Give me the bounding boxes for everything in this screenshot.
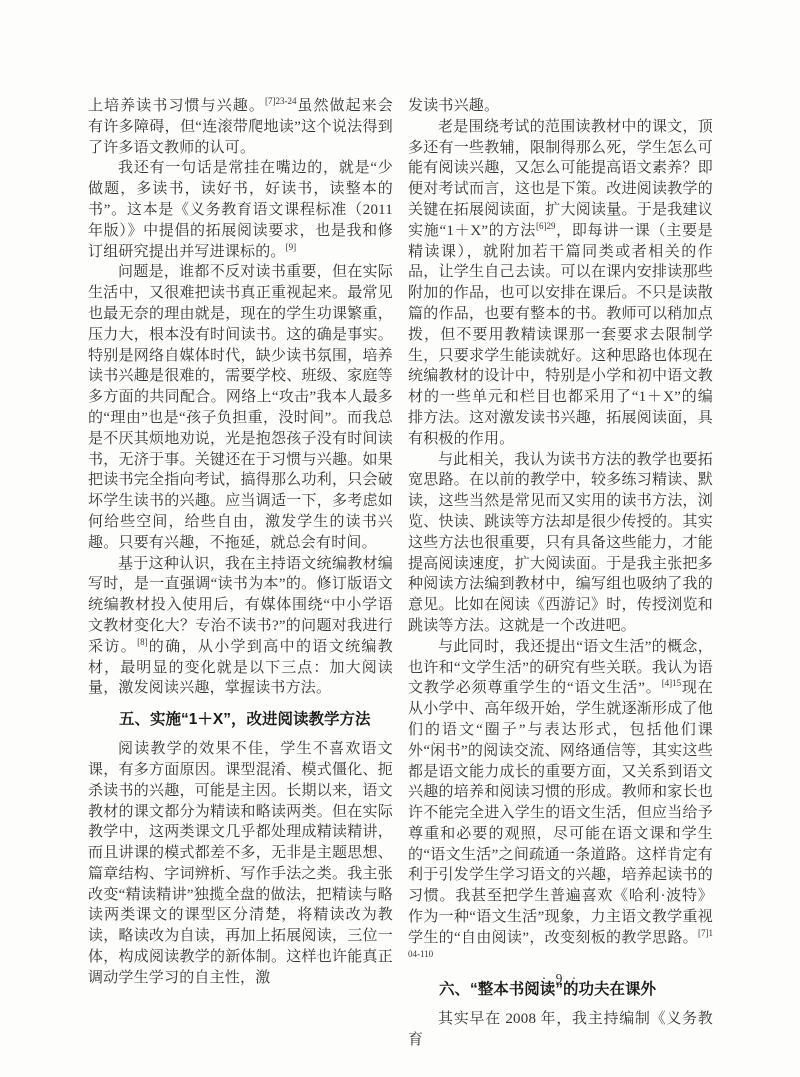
document-page: 上培养读书习惯与兴趣。[7]23-24虽然做起来会有许多障碍，但“连滚带爬地读”…: [0, 0, 800, 1077]
paragraph: 基于这种认识，我在主持语文统编教材编写时，是一直强调“读书为本”的。修订版语文统…: [88, 554, 393, 700]
citation-superscript: [7]104-110: [408, 928, 713, 959]
paragraph: 其实早在 2008 年，我主持编制《义务教育: [408, 1009, 713, 1051]
right-column: 发读书兴趣。老是围绕考试的范围读教材中的课文，顶多还有一些教辅，限制得那么死，学…: [408, 96, 713, 1051]
citation-superscript: [7]23-24: [265, 96, 297, 106]
paragraph: 上培养读书习惯与兴趣。[7]23-24虽然做起来会有许多障碍，但“连滚带爬地读”…: [88, 96, 393, 158]
paragraph: 发读书兴趣。: [408, 96, 713, 117]
two-column-text-area: 上培养读书习惯与兴趣。[7]23-24虽然做起来会有许多障碍，但“连滚带爬地读”…: [88, 96, 713, 1051]
paragraph: 老是围绕考试的范围读教材中的课文，顶多还有一些教辅，限制得那么死，学生怎么可能有…: [408, 117, 713, 450]
citation-superscript: [8]: [137, 637, 148, 647]
paragraph: 与此相关，我认为读书方法的教学也要拓宽思路。在以前的教学中，较多练习精读、默读，…: [408, 450, 713, 637]
citation-superscript: [9]: [286, 242, 297, 252]
paragraph: 阅读教学的效果不佳，学生不喜欢语文课，有多方面原因。课型混淆、模式僵化、扼杀读书…: [88, 739, 393, 989]
page-number: · 9 ·: [408, 971, 713, 987]
paragraph: 与此同时，我还提出“语文生活”的概念，也许和“文学生活”的研究有些关联。我认为语…: [408, 637, 713, 970]
section-heading: 五、实施“1＋X”，改进阅读教学方法: [88, 709, 393, 730]
paragraph: 问题是，谁都不反对读书重要，但在实际生活中，又很难把读书真正重视起来。最常见也最…: [88, 262, 393, 553]
left-column: 上培养读书习惯与兴趣。[7]23-24虽然做起来会有许多障碍，但“连滚带爬地读”…: [88, 96, 393, 1051]
paragraph: 我还有一句话是常挂在嘴边的，就是“少做题，多读书，读好书，好读书，读整本的书”。…: [88, 158, 393, 262]
citation-superscript: [4]15: [662, 678, 682, 688]
citation-superscript: [6]29: [536, 221, 556, 231]
